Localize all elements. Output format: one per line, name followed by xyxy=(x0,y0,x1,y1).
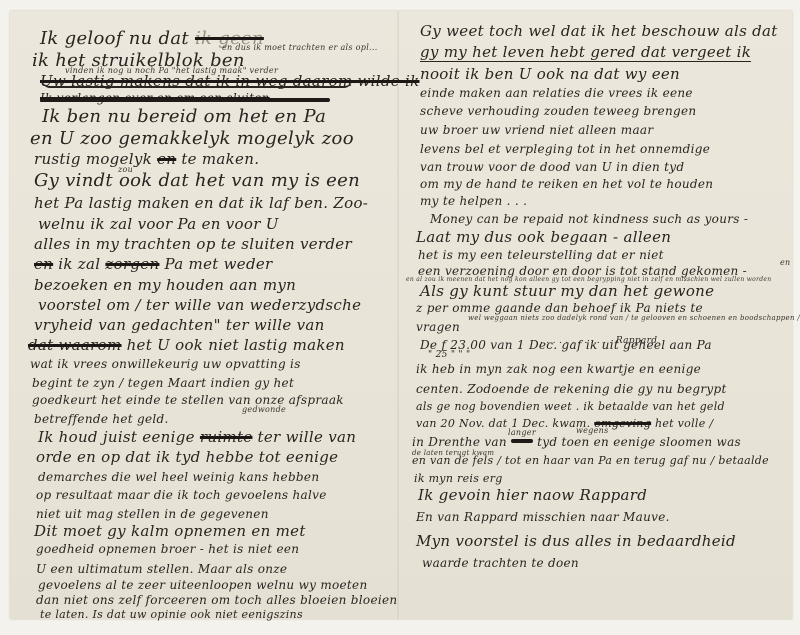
struck-text: en xyxy=(34,255,53,273)
left-line-15: voorstel om / ter wille van wederzydsche xyxy=(38,296,361,314)
right-line-1: Gy weet toch wel dat ik het beschouw als… xyxy=(420,22,778,40)
right-line-27: En van Rappard misschien naar Mauve. xyxy=(416,510,670,524)
left-line-31: dan niet ons zelf forceeren om toch alle… xyxy=(36,593,397,607)
line-text: ik zal xyxy=(58,255,100,273)
line-text: ter wille van xyxy=(258,428,357,446)
right-line-29: waarde trachten te doen xyxy=(422,556,579,570)
left-line-16: vryheid van gedachten" ter wille van xyxy=(34,316,325,334)
right-line-25: ik myn reis erg xyxy=(414,472,503,485)
left-line-25: op resultaat maar die ik toch gevoelens … xyxy=(36,488,327,502)
left-line-6: Ik ben nu bereid om het en Pa xyxy=(42,106,326,127)
left-annotation-gedwonde: gedwonde xyxy=(242,405,286,414)
right-line-21: als ge nog bovendien weet . ik betaalde … xyxy=(416,400,725,413)
right-line-19: ik heb in myn zak nog een kwartje en een… xyxy=(416,362,701,376)
right-line-6: uw broer uw vriend niet alleen maar xyxy=(420,123,653,137)
right-line-17: vragen xyxy=(416,320,460,334)
right-line-15: Als gy kunt stuur my dan het gewone xyxy=(420,282,714,300)
right-line-24: en van de fels / tot en haar van Pa en t… xyxy=(412,454,769,467)
right-annotation-en: en xyxy=(780,258,791,267)
right-annotation-wegens: wegens xyxy=(576,426,609,435)
line-text: te maken. xyxy=(181,150,259,168)
left-line-29: U een ultimatum stellen. Maar als onze xyxy=(36,562,287,576)
left-line-32: te laten. Is dat uw opinie ook niet eeni… xyxy=(40,608,303,621)
right-line-8: van trouw voor de dood van U in dien tyd xyxy=(420,160,684,174)
line-text: rustig mogelyk xyxy=(34,150,152,168)
line-text: van 20 Nov. dat 1 Dec. kwam. xyxy=(416,417,590,430)
scribble-wave xyxy=(42,76,352,88)
right-line-9: om my de hand te reiken en het vol te ho… xyxy=(420,177,713,191)
right-line-20: centen. Zodoende de rekening die gy nu b… xyxy=(416,382,727,396)
struck-text: dat waarom xyxy=(28,336,122,354)
left-line-23: orde en op dat ik tyd hebbe tot eenige xyxy=(36,448,338,466)
right-line-13: het is my een teleurstelling dat er niet xyxy=(418,248,664,262)
right-line-4: einde maken aan relaties die vrees ik ee… xyxy=(420,86,693,100)
line-text: Ik geloof nu dat xyxy=(40,28,189,49)
left-line-22: Ik houd juist eenige ruimte ter wille va… xyxy=(38,428,356,446)
right-line-22: van 20 Nov. dat 1 Dec. kwam. omgeving he… xyxy=(416,417,713,430)
right-line-2: gy my het leven hebt gered dat vergeet i… xyxy=(420,43,751,62)
left-line-11: welnu ik zal voor Pa en voor U xyxy=(38,215,279,233)
struck-text: ruimte xyxy=(200,428,253,446)
left-line-10: het Pa lastig maken en dat ik laf ben. Z… xyxy=(34,194,368,212)
right-line-11: Money can be repaid not kindness such as… xyxy=(430,212,748,226)
line-text: in Drenthe van xyxy=(412,435,507,449)
left-line-28: goedheid opnemen broer - het is niet een xyxy=(36,542,299,556)
struck-text: zorgen xyxy=(105,255,159,273)
right-line-12: Laat my dus ook begaan - alleen xyxy=(416,228,671,246)
right-line-3: nooit ik ben U ook na dat wy een xyxy=(420,65,680,83)
right-line-7: levens bel et verpleging tot in het onne… xyxy=(420,142,710,156)
left-line-7: en U zoo gemakkelyk mogelyk zoo xyxy=(30,128,354,149)
right-line-26: Ik gevoin hier naow Rappard xyxy=(418,486,647,504)
line-text: Pa met weder xyxy=(165,255,273,273)
left-line-26: niet uit mag stellen in de gegevenen xyxy=(36,507,269,521)
left-line-21: betreffende het geld. xyxy=(34,412,169,426)
scribble-mark xyxy=(511,439,533,443)
left-line-20: goedkeurt het einde te stellen van onze … xyxy=(32,393,344,407)
right-line-23: in Drenthe van tyd toen en eenige sloome… xyxy=(412,435,741,449)
right-line-5: scheve verhouding zouden teweeg brengen xyxy=(420,104,696,118)
line-text: tyd toen en eenige sloomen was xyxy=(537,435,741,449)
right-line-10: my te helpen . . . xyxy=(420,194,527,208)
left-line-30: gevoelens al te zeer uiteenloopen welnu … xyxy=(38,578,368,592)
left-line-9: Gy vindt ook dat het van my is een xyxy=(34,170,360,191)
right-line-ditto-25: " 25 " " " xyxy=(428,350,470,360)
scribble-bar xyxy=(40,98,330,102)
left-line-18: wat ik vrees onwillekeurig uw opvatting … xyxy=(30,357,301,371)
left-line-8: rustig mogelyk en te maken. xyxy=(34,150,259,168)
line-text: het U ook niet lastig maken xyxy=(127,336,345,354)
line-text: Ik houd juist eenige xyxy=(38,428,195,446)
line-text: het volle / xyxy=(655,417,713,430)
left-line-24: demarches die wel heel weinig kans hebbe… xyxy=(38,470,319,484)
right-annotation-wel-weggaan: wel weggaan niets zoo dadelyk rond van /… xyxy=(468,314,800,322)
struck-text: en xyxy=(157,150,176,168)
left-line-14: bezoeken en my houden aan myn xyxy=(34,276,296,294)
right-line-ditto-rappard: . . . . . . . . . . . . Rappard xyxy=(540,336,657,346)
left-line-13: en ik zal zorgen Pa met weder xyxy=(34,255,273,273)
left-line-27: Dit moet gy kalm opnemen en met xyxy=(34,522,306,540)
left-line-17: dat waarom het U ook niet lastig maken xyxy=(28,336,345,354)
right-line-28: Myn voorstel is dus alles in bedaardheid xyxy=(416,532,736,550)
left-line-19: begint te zyn / tegen Maart indien gy he… xyxy=(32,376,294,390)
right-line-16: z per omme gaande dan behoef ik Pa niets… xyxy=(416,301,703,315)
page-fold xyxy=(397,11,399,619)
left-line-12: alles in my trachten op te sluiten verde… xyxy=(34,235,352,253)
left-annotation-1: en dus ik moet trachten er als opl... xyxy=(222,43,378,52)
